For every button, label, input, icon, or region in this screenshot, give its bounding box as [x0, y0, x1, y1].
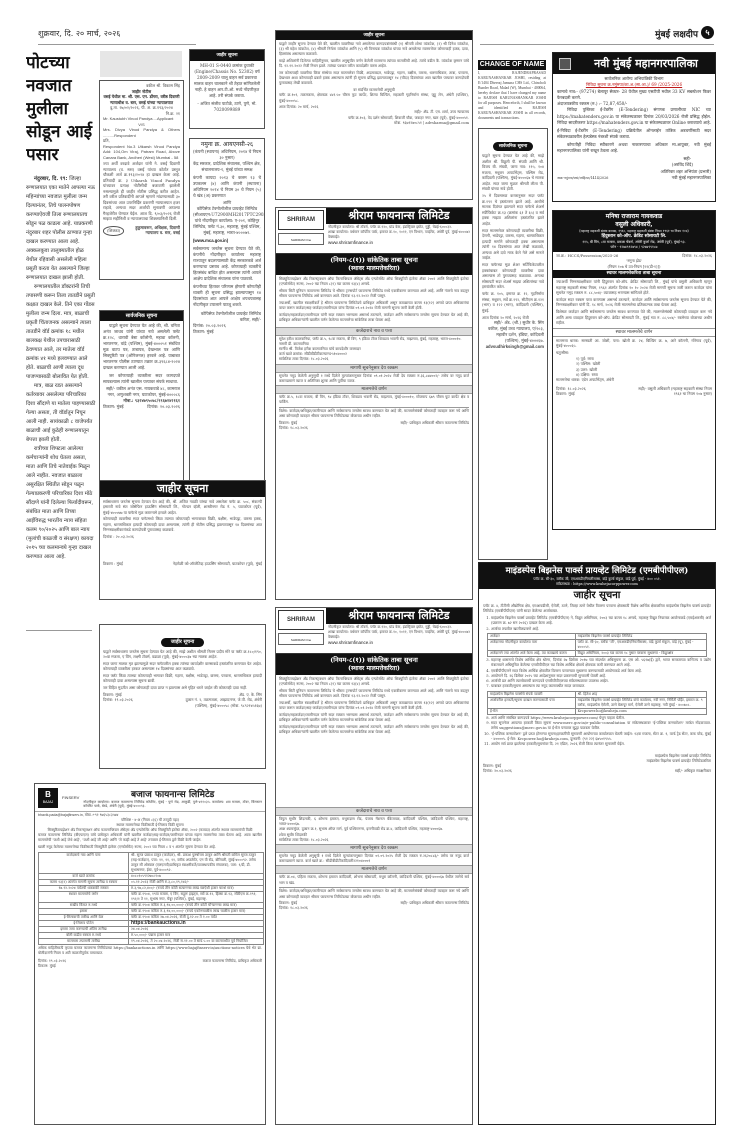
bajaj-banner: BBAJAJ FINSERV बजाज फायनान्स लिमिटेड नों…	[35, 784, 265, 812]
recovery-officer-name: मनिषा राजाराम गायकवाड	[553, 213, 715, 221]
notice-title: जाहीर सूचना	[190, 50, 264, 61]
row-value: विद्युत अधिनियम, २००३ च्या कलम १८ नुसार …	[575, 650, 706, 656]
story-end-rule	[26, 630, 92, 631]
notice-title: स्थावर मालमत्तेकरिता ताबा सूचना	[553, 270, 715, 278]
shriram-logo: SHRIRAM	[278, 610, 324, 630]
row-label: कर्जदाराचे नाव आणि पत्ता	[39, 853, 129, 874]
lead-paragraph: रात्रीच्या शिफ्टला आलेल्या कर्मचाऱ्यांनी…	[26, 445, 96, 562]
row-label: अर्जदाराने ज्या अंतर्गत अर्ज केला आहे, त…	[488, 650, 576, 656]
table-row: अर्जदाराचा नोंदणीकृत कार्यालय पत्ताप्लॉट…	[488, 639, 707, 650]
public-notice-share-transfer: सार्वजनिक सूचना याद्वारे सूचना देण्यात य…	[478, 128, 548, 560]
advocate-email: advsudhirksingh@gmail.com	[482, 344, 544, 350]
row-label: मालमत्ता तपासणी तारीख	[39, 939, 129, 945]
row-value: श्री. सुरज प्रकाश ठाकूर (कर्जदार), श्री.…	[129, 853, 264, 874]
list-item: महाराष्ट्र शासनाचे विशेष आर्थिक क्षेत्र …	[491, 658, 711, 669]
lead-dateline-para: नंदुरबार, दि. १९: जिल्हा रुग्णालयात एका …	[26, 175, 96, 283]
contact-details-table: माइंडस्पेस बिझनेस पार्क्सचे संपर्क व्यक्…	[487, 691, 707, 715]
recovery-possession-notice: मनिषा राजाराम गायकवाड वसुली अधिकारी, (मह…	[552, 210, 716, 530]
notice-title: (नियम-८(१)) सांकेतिक ताबा सूचना	[276, 656, 472, 665]
notice-title: सार्वजनिक सूचना	[100, 311, 183, 321]
notice-title: जाहीर सूचना	[276, 31, 472, 40]
lead-dateline: नंदुरबार, दि. १९:	[34, 176, 68, 182]
row-value: १९.०४.२०२६, ते २०.०४.२०२६, रोजी स.११.०० …	[129, 939, 264, 945]
boundaries-list: १) पूर्व: रस्ता२) पश्चिम: खोली३) उत्तर: …	[556, 356, 712, 378]
public-notice-flat-claim: जाहीर सूचना सर्वसाधारण जनतेस सूचना देण्य…	[99, 480, 266, 600]
header-rule-left	[38, 44, 196, 45]
list-item: अर्जाचा तपशील खालीलप्रमाणे आहे.	[491, 627, 711, 632]
table-row: १७.१२.२०२४ पर्यंतची थकबाकी रक्कमरु.३,९७,…	[39, 886, 264, 892]
shriram-logo-secondary: SHRIRAM One	[278, 633, 324, 645]
row-label: अर्जावरील हरकती/सूचना दाखल करण्यासाठी पत…	[488, 697, 576, 708]
auction-details-table: कर्जदाराचे नाव आणि पत्ताश्री. सुरज प्रका…	[38, 852, 264, 945]
table-row: ई-मेलKrcpower.ho@kraheja.com	[488, 708, 707, 714]
public-notice-lost-documents: सार्वजनिक सूचना याद्वारे सूचना देण्यात य…	[99, 310, 184, 482]
row-value: फ्लॅट क्र.१९०४, १९वा मजला, ए विंग, सद्गु…	[129, 892, 264, 903]
nmmc-emblem-icon	[559, 58, 571, 70]
bajaj-name: बजाज फायनान्स लिमिटेड	[83, 787, 262, 800]
list-item: सदर सूचनेवर आपल्या हरकती किंवा सूचना www…	[491, 721, 711, 732]
page-number-badge: ५	[701, 26, 714, 39]
shriram-banner: SHRIRAM SHRIRAM One श्रीराम फायनान्स लिम…	[276, 608, 472, 654]
property-notice-top: जाहीर सूचना याद्वारे जाहीर सूचना देण्यात…	[275, 30, 473, 200]
change-of-name-title: CHANGE OF NAME	[478, 60, 546, 70]
applicant-details-table: अर्जदारमाइंडस्पेस बिझनेस पार्क्स प्रायव्…	[487, 633, 707, 657]
row-value: Krcpower.ho@kraheja.com	[575, 708, 706, 714]
change-of-name: CHANGE OF NAME I, RAJENDRAPRASAD KARUNAS…	[478, 60, 546, 120]
header-rule-right	[480, 44, 714, 45]
mbppl-name: माइंडस्पेस बिझनेस पार्क्स प्रायव्हेट लिम…	[479, 565, 715, 577]
tender-amount: 72,87,450/-	[603, 101, 627, 106]
nmmc-title: नवी मुंबई महानगरपालिका	[577, 56, 715, 71]
vehicle-notice: जाहीर सूचना MH-01 S-0440 क्रमांक दुचाकी …	[189, 49, 265, 129]
notice-title: सार्वजनिक सूचना	[493, 142, 533, 151]
notice-title: जाहीर सूचना	[100, 481, 265, 497]
shriram-logo: SHRIRAM	[278, 210, 324, 230]
notice-title: नमुना क्र. आयएनसी-२६	[193, 141, 261, 149]
bajaj-logo: BBAJAJ	[38, 788, 58, 808]
notice-title: जाहीर सूचना	[161, 638, 204, 647]
form-inc-26-notice: नमुना क्र. आयएनसी-२६ (कंपनी (स्थापना) अध…	[189, 138, 265, 483]
list-item: माइंडस्पेस बिझनेस पार्क्स प्रायव्हेट लिम…	[491, 616, 711, 627]
gray-placeholder-ad	[100, 51, 182, 77]
list-item: आयोग सर्व प्राप्त झालेल्या हरकती/सूचनांव…	[491, 742, 711, 747]
row-label: कलम १३(२) अंतर्गत मागणी सूचना तारीख व रक…	[39, 880, 129, 886]
shriram-notice-1: SHRIRAM SHRIRAM One श्रीराम फायनान्स लिम…	[275, 207, 473, 600]
bajaj-auction-notice: BBAJAJ FINSERV बजाज फायनान्स लिमिटेड नों…	[34, 783, 266, 1125]
table-row: अर्जावरील हरकती/सूचना दाखल करण्यासाठी पत…	[488, 697, 707, 708]
issue-date: शुक्रवार, दि. २० मार्च, २०२६	[38, 28, 120, 39]
nmmc-tender-notice: नवी मुंबई महानगरपालिका सार्वजनिक आरोग्य …	[552, 52, 716, 202]
shriram-website[interactable]: www.shriramfinance.in	[328, 240, 470, 245]
list-item: याबाबत हरकती/सूचना असल्यास त्या नमूद काल…	[491, 684, 711, 689]
court-notice: वकील श्री. विकास सिंह जाहीर नोटीस वसई ये…	[99, 80, 184, 280]
shriram-name: श्रीराम फायनान्स लिमिटेड	[326, 208, 472, 224]
list-item: 'ई-पब्लिक कन्सल्टेशन' द्वारे प्राप्त होण…	[491, 732, 711, 743]
mbppl-website[interactable]: संकेतस्थळ : https://www.krahejacorppower…	[479, 582, 715, 587]
shriram-banner: SHRIRAM SHRIRAM One श्रीराम फायनान्स लिम…	[276, 208, 472, 254]
public-notice-legal-heir: जाहीर सूचना याद्वारे सर्वसाधारण जनतेस सू…	[99, 624, 266, 769]
shriram-website[interactable]: www.shriramfinance.in	[328, 640, 470, 645]
lead-story: पोटच्या नवजात मुलीला सोडून आई पसार नंदुर…	[26, 52, 96, 642]
row-label: अर्जदाराचा नोंदणीकृत कार्यालय पत्ता	[488, 639, 576, 650]
table-row: स्थावर मालमत्तेचे वर्णनफ्लॅट क्र.१९०४, १…	[39, 892, 264, 903]
court-seal: (शिक्का)	[103, 226, 124, 236]
table-row: अर्जदाराने ज्या अंतर्गत अर्ज केला आहे, त…	[488, 650, 707, 656]
shriram-name: श्रीराम फायनान्स लिमिटेड	[326, 608, 472, 624]
table-row: राखीव किंमत रु.मध्येफ्लॅट क्र.१९०४ करिता…	[39, 903, 264, 909]
lead-paragraph: रुग्णालयातील डॉक्टरांनी तिची तपासणी करून…	[26, 283, 96, 382]
shriram-logo-secondary: SHRIRAM One	[278, 233, 324, 245]
row-value: प्लॉट क्र. सी-३०, ब्लॉक 'जी', एमआरडीएनिम…	[575, 639, 706, 650]
mbppl-public-notice: माइंडस्पेस बिझनेस पार्क्स प्रायव्हेट लिम…	[478, 562, 716, 1125]
shriram-notice-2: SHRIRAM SHRIRAM One श्रीराम फायनान्स लिम…	[275, 607, 473, 1125]
row-label: ई-मेल	[488, 708, 576, 714]
paper-name: मुंबई लक्षदीप	[655, 27, 698, 40]
mca-website: (www.mca.gov.in)	[193, 238, 261, 244]
row-value: फ्लॅट क्र.१९०४ करिता रु.३,९४,००,०००/- (र…	[129, 909, 264, 915]
notice-title: जाहीर सूचना	[479, 589, 715, 603]
lead-paragraph: मात्र, बाळ रडत असल्याने कर्तव्यावर असलेल…	[26, 382, 96, 445]
table-row: मालमत्ता तपासणी तारीख१९.०४.२०२६, ते २०.०…	[39, 939, 264, 945]
lead-headline: पोटच्या नवजात मुलीला सोडून आई पसार	[26, 52, 96, 167]
table-row: कर्जदाराचे नाव आणि पत्ताश्री. सुरज प्रका…	[39, 853, 264, 874]
notice-title: (नियम-८(१)) सांकेतिक ताबा सूचना	[276, 256, 472, 265]
row-label: स्थावर मालमत्तेचे वर्णन	[39, 892, 129, 903]
row-value: माइंडस्पेस बिझनेस पार्क्स प्रायव्हेट लिम…	[575, 697, 706, 708]
